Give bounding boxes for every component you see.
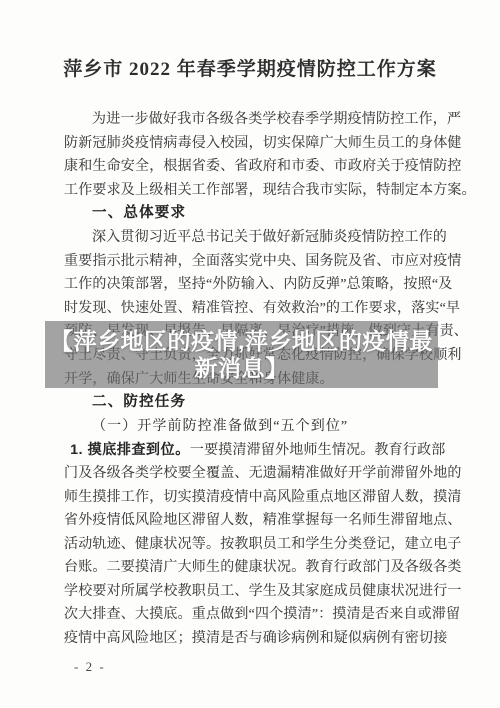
text-line: 二、防控任务 xyxy=(64,391,450,415)
text-run: 一要摸清滞留外地师生情况。教育行政部 xyxy=(190,443,446,458)
text-run: 学校要对所属学校教职员工、学生及其家庭成员健康状况进行一 xyxy=(64,584,462,599)
text-run: 台账。二要摸清广大师生的健康状况。教育行政部门及各级各类 xyxy=(64,560,462,575)
text-run-bold: 一、总体要求 xyxy=(92,205,186,221)
text-line: 重要指示批示精神，全面落实党中央、国务院及省、市应对疫情 xyxy=(64,250,450,274)
text-run-bold: 二、防控任务 xyxy=(92,394,186,410)
text-line: 门及各级各类学校要全覆盖、无遗漏精准做好开学前滞留外地的 xyxy=(64,462,450,486)
text-line: 师生摸排工作，切实摸清疫情中高风险重点地区滞留人数，摸清 xyxy=(64,486,450,510)
text-run: 防新冠肺炎疫情病毒侵入校园，切实保障广大师生员工的身体健 xyxy=(64,136,462,151)
text-line: 深入贯彻习近平总书记关于做好新冠肺炎疫情防控工作的 xyxy=(64,226,450,250)
text-run: 时发现、快速处置、精准管控、有效救治”的工作要求，落实“早 xyxy=(64,301,460,316)
text-line: （一）开学前防控准备做到“五个到位” xyxy=(64,415,450,439)
text-run: 重要指示批示精神，全面落实党中央、国务院及省、市应对疫情 xyxy=(64,254,462,269)
text-line: 工作要求及上级相关工作部署，现结合我市实际，特制定本方案。 xyxy=(64,179,450,203)
text-line: 活动轨迹、健康状况等。按教职员工和学生分类登记，建立电子 xyxy=(64,533,450,557)
text-run: 疫情中高风险地区；摸清是否与确诊病例和疑似病例有密切接 xyxy=(64,631,447,646)
text-run: 门及各级各类学校要全覆盖、无遗漏精准做好开学前滞留外地的 xyxy=(64,466,462,481)
text-run: 工作要求及上级相关工作部署，现结合我市实际，特制定本方案。 xyxy=(64,183,476,198)
text-run-bold: 1. 摸底排查到位。 xyxy=(70,441,190,457)
text-line: 一、总体要求 xyxy=(64,202,450,226)
text-line: 时发现、快速处置、精准管控、有效救治”的工作要求，落实“早 xyxy=(64,297,450,321)
text-line: 学校要对所属学校教职员工、学生及其家庭成员健康状况进行一 xyxy=(64,580,450,604)
text-line: 为进一步做好我市各级各类学校春季学期疫情防控工作，严 xyxy=(64,108,450,132)
text-run: 省外疫情低风险地区滞留人数，精准掌握每一名师生滞留地点、 xyxy=(64,513,462,528)
text-run: 师生摸排工作，切实摸清疫情中高风险重点地区滞留人数，摸清 xyxy=(64,490,462,505)
text-line: 工作的决策部署，坚持“外防输入、内防反弹”总策略，按照“及 xyxy=(64,273,450,297)
text-line: 康和生命安全，根据省委、省政府和市委、市政府关于疫情防控 xyxy=(64,155,450,179)
text-run: 康和生命安全，根据省委、省政府和市委、市政府关于疫情防控 xyxy=(64,159,462,174)
text-line: 次大排查、大摸底。重点做到“四个摸清”：摸清是否来自或滞留 xyxy=(64,603,450,627)
watermark-text-line2: 新消息】 xyxy=(45,355,438,382)
text-run: 为进一步做好我市各级各类学校春季学期疫情防控工作，严 xyxy=(92,112,461,127)
text-line: 疫情中高风险地区；摸清是否与确诊病例和疑似病例有密切接 xyxy=(64,627,450,651)
document-title: 萍乡市 2022 年春季学期疫情防控工作方案 xyxy=(0,54,500,81)
document-page: 萍乡市 2022 年春季学期疫情防控工作方案 为进一步做好我市各级各类学校春季学… xyxy=(0,0,500,708)
text-line: 省外疫情低风险地区滞留人数，精准掌握每一名师生滞留地点、 xyxy=(64,509,450,533)
text-line: 1. 摸底排查到位。一要摸清滞留外地师生情况。教育行政部 xyxy=(64,438,450,462)
text-line: 台账。二要摸清广大师生的健康状况。教育行政部门及各级各类 xyxy=(64,556,450,580)
watermark-overlay: 【萍乡地区的疫情,萍乡地区的疫情最 新消息】 xyxy=(45,321,438,388)
text-run: （一）开学前防控准备做到“五个到位” xyxy=(92,419,348,434)
text-run: 次大排查、大摸底。重点做到“四个摸清”：摸清是否来自或滞留 xyxy=(64,607,460,622)
watermark-text-line1: 【萍乡地区的疫情,萍乡地区的疫情最 xyxy=(45,328,438,355)
text-run: 工作的决策部署，坚持“外防输入、内防反弹”总策略，按照“及 xyxy=(64,277,452,292)
text-line: 防新冠肺炎疫情病毒侵入校园，切实保障广大师生员工的身体健 xyxy=(64,132,450,156)
text-run: 活动轨迹、健康状况等。按教职员工和学生分类登记，建立电子 xyxy=(64,537,462,552)
text-run: 深入贯彻习近平总书记关于做好新冠肺炎疫情防控工作的 xyxy=(92,230,447,245)
page-number: - 2 - xyxy=(74,659,106,675)
